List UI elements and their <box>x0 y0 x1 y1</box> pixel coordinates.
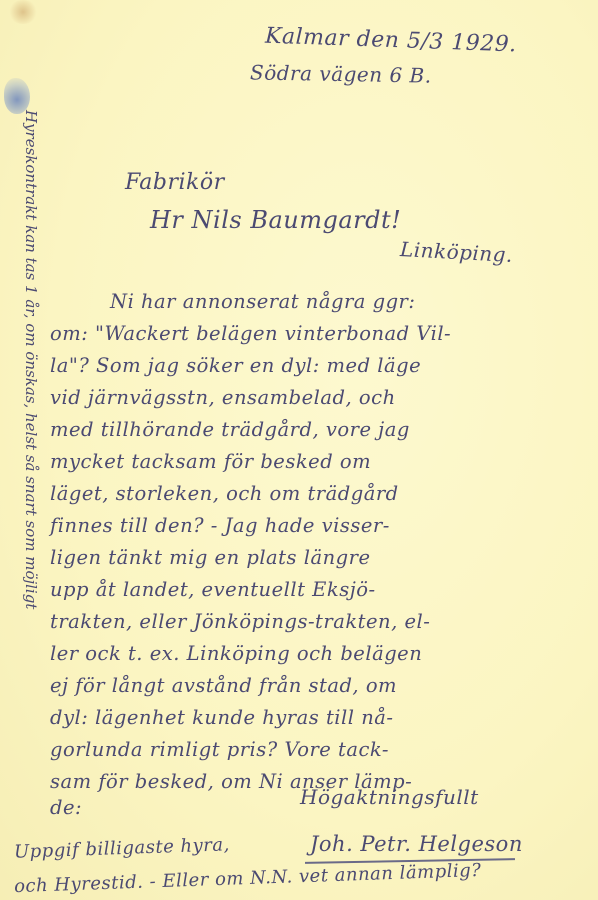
body-line: ej för långt avstånd från stad, om <box>50 674 397 697</box>
body-line: de: <box>50 796 82 819</box>
body-line: med tillhörande trädgård, vore jag <box>50 418 410 441</box>
closing: Högaktningsfullt <box>300 785 479 809</box>
body-line: om: "Wackert belägen vinterbonad Vil- <box>50 322 451 345</box>
body-line: ler ock t. ex. Linköping och belägen <box>50 642 422 665</box>
postscript-line: Uppgif billigaste hyra, <box>14 834 230 863</box>
sender-address: Södra vägen 6 B. <box>250 60 432 87</box>
body-line: ligen tänkt mig en plats längre <box>50 546 370 569</box>
body-line: Ni har annonserat några ggr: <box>110 290 415 313</box>
body-line: vid järnvägsstn, ensambelad, och <box>50 386 396 409</box>
postscript-line: och Hyrestid. - Eller om N.N. vet annan … <box>14 860 482 897</box>
salutation-title: Fabrikör <box>125 170 225 195</box>
margin-note: Hyreskontrakt kan tas 1 år, om önskas, h… <box>22 110 40 609</box>
body-line: läget, storleken, och om trädgård <box>50 482 399 505</box>
body-line: finnes till den? - Jag hade visser- <box>50 514 390 537</box>
ink-blot <box>4 78 30 114</box>
letter-paper: Kalmar den 5/3 1929. Södra vägen 6 B. Fa… <box>0 0 598 900</box>
body-line: trakten, eller Jönköpings-trakten, el- <box>50 610 430 633</box>
recipient-name: Hr Nils Baumgardt! <box>150 206 401 234</box>
signature: Joh. Petr. Helgeson <box>310 832 523 856</box>
body-line: gorlunda rimligt pris? Vore tack- <box>50 738 389 761</box>
body-line: la"? Som jag söker en dyl: med läge <box>50 354 421 377</box>
body-line: upp åt landet, eventuellt Eksjö- <box>50 578 376 601</box>
recipient-city: Linköping. <box>399 237 513 267</box>
body-line: mycket tacksam för besked om <box>50 450 371 473</box>
paper-stain <box>8 0 38 24</box>
body-line: dyl: lägenhet kunde hyras till nå- <box>50 706 393 729</box>
place-date: Kalmar den 5/3 1929. <box>265 24 517 58</box>
